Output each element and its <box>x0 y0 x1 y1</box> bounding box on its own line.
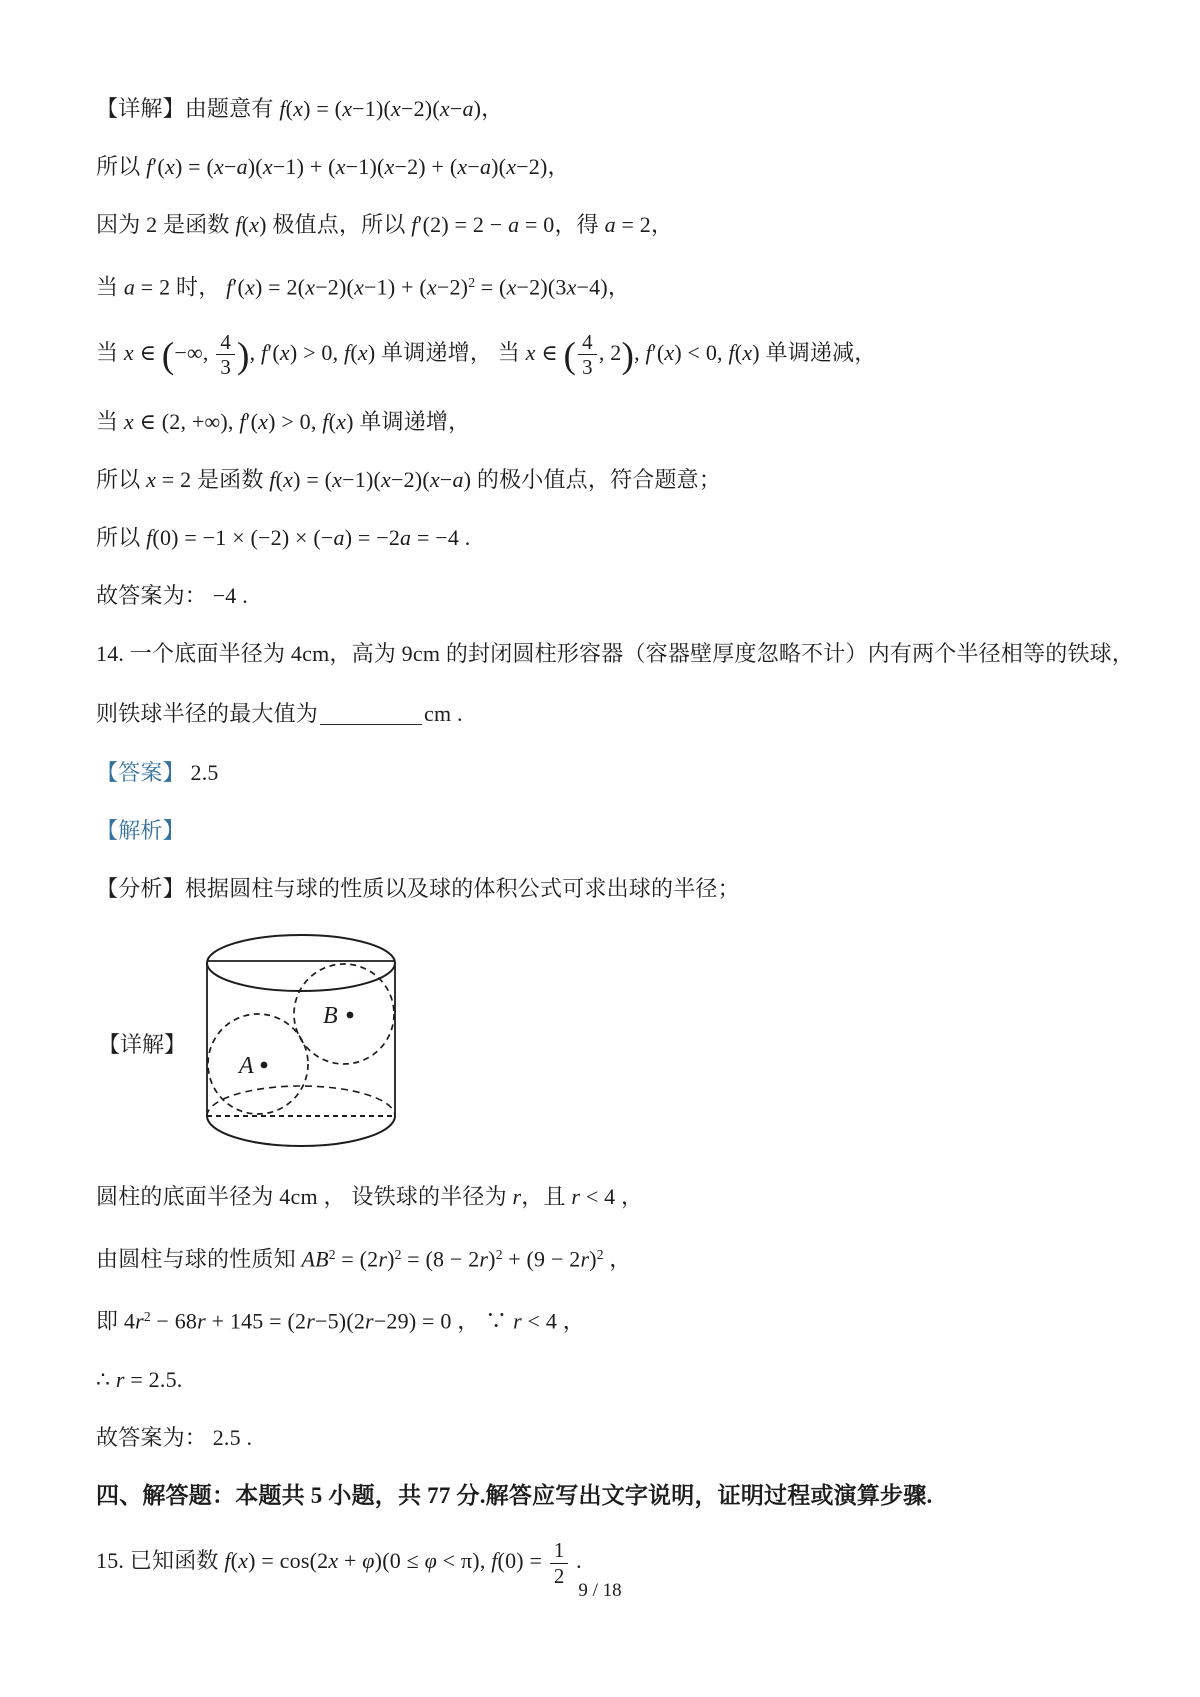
solution-14-final-answer: 故答案为： 2.5 . <box>96 1423 1112 1453</box>
document-content: 【详解】由题意有 f(x) = (x−1)(x−2)(x−a)， 所以 f′(x… <box>96 94 1112 1616</box>
question-14-analysis-label: 【解析】 <box>96 816 1112 846</box>
sphere-b-label: B <box>323 1003 338 1029</box>
cylinder-bottom-front-arc <box>207 1116 395 1146</box>
sphere-a-center-dot <box>261 1061 268 1068</box>
solution-13-monotonicity-line-2: 当 x ∈ (2, +∞), f′(x) > 0, f(x) 单调递增， <box>96 407 1112 437</box>
fraction: 43 <box>578 331 597 380</box>
solution-13-detail-line-4: 当 a = 2 时， f′(x) = 2(x−2)(x−1) + (x−2)2 … <box>96 268 1112 303</box>
solution-14-ab-equation-line: 由圆柱与球的性质知 AB2 = (2r)2 = (8 − 2r)2 + (9 −… <box>96 1240 1112 1275</box>
solution-13-detail-line-2: 所以 f′(x) = (x−a)(x−1) + (x−1)(x−2) + (x−… <box>96 152 1112 182</box>
solution-13-detail-line-3: 因为 2 是函数 f(x) 极值点，所以 f′(2) = 2 − a = 0，得… <box>96 210 1112 240</box>
solution-14-quadratic-line: 即 4r2 − 68r + 145 = (2r−5)(2r−29) = 0 ， … <box>96 1302 1112 1337</box>
cylinder-bottom-hidden-arc <box>207 1086 395 1116</box>
sphere-b-center-dot <box>347 1011 354 1018</box>
solution-14-result-line: ∴ r = 2.5. <box>96 1365 1112 1395</box>
section-4-heading: 四、解答题：本题共 5 小题，共 77 分.解答应写出文字说明，证明过程或演算步… <box>96 1481 1112 1511</box>
sphere-a-label: A <box>237 1053 254 1079</box>
solution-13-final-answer: 故答案为： −4 . <box>96 581 1112 611</box>
question-14-text-line-1: 14. 一个底面半径为 4cm，高为 9cm 的封闭圆柱形容器（容器壁厚度忽略不… <box>96 639 1112 669</box>
question-14-answer-label: 【答案】 2.5 <box>96 758 1112 788</box>
cylinder-top-ellipse <box>207 935 395 991</box>
cylinder-figure-row: 【详解】 A B <box>98 932 1112 1156</box>
cylinder-spheres-diagram: A B <box>192 932 442 1156</box>
answer-blank <box>320 700 422 724</box>
solution-13-detail-line-1: 【详解】由题意有 f(x) = (x−1)(x−2)(x−a)， <box>96 94 1112 124</box>
solution-13-value-line: 所以 f(0) = −1 × (−2) × (−a) = −2a = −4 . <box>96 523 1112 553</box>
detail-label: 【详解】 <box>98 1028 192 1059</box>
solution-13-conclusion-line: 所以 x = 2 是函数 f(x) = (x−1)(x−2)(x−a) 的极小值… <box>96 465 1112 495</box>
document-page: 【详解】由题意有 f(x) = (x−1)(x−2)(x−a)， 所以 f′(x… <box>0 0 1200 1697</box>
solution-14-radius-setup-line: 圆柱的底面半径为 4cm ， 设铁球的半径为 r，且 r < 4 ， <box>96 1182 1112 1212</box>
page-number: 9 / 18 <box>0 1580 1200 1602</box>
fraction: 43 <box>216 331 235 380</box>
question-14-text-line-2: 则铁球半径的最大值为cm . <box>96 697 1112 729</box>
solution-13-monotonicity-line-1: 当 x ∈ (−∞, 43), f′(x) > 0, f(x) 单调递增， 当 … <box>96 331 1112 380</box>
question-14-analysis-text: 【分析】根据圆柱与球的性质以及球的体积公式可求出球的半径； <box>96 874 1112 904</box>
